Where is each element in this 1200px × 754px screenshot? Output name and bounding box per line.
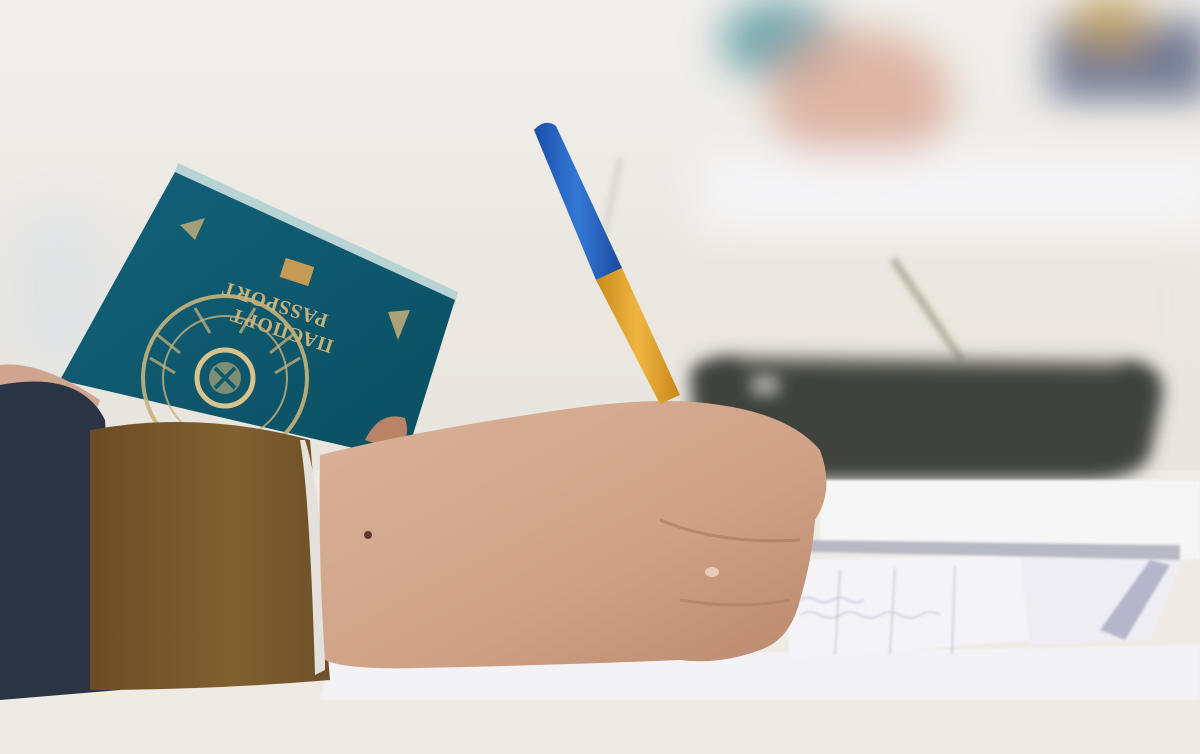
photo-scene: PASSPORT ПАСПОРТ (0, 0, 1200, 754)
photo-illustration (0, 0, 1200, 754)
